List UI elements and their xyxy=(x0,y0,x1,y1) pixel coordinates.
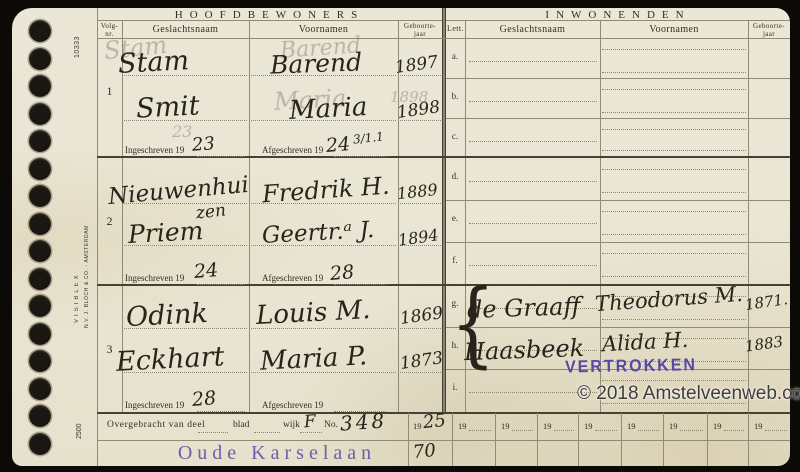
write-line xyxy=(602,112,746,113)
wijk-value-handwritten: F xyxy=(303,414,316,432)
photo-of-register-card: { "colors_note": "colors live in CSS var… xyxy=(0,0,800,472)
register-card: 10333 VISIBLEX N.V. J. BLOCH & CO. - AMS… xyxy=(12,8,790,466)
punch-hole xyxy=(29,378,51,400)
afgeschreven-label: Afgeschreven 19 xyxy=(262,273,323,283)
write-line xyxy=(469,430,491,431)
watermark: © 2018 Amstelveenweb.com xyxy=(577,383,800,405)
divider xyxy=(97,38,790,39)
year-cell-prefix: 19 xyxy=(584,421,593,431)
birthyear-handwritten: 1898 xyxy=(396,99,441,122)
surname-handwritten: de Graaff xyxy=(467,294,581,322)
punch-hole xyxy=(29,75,51,97)
firstnames-handwritten: Theodorus M. xyxy=(594,284,743,315)
ingeschreven-year-handwritten: 28 xyxy=(191,389,217,410)
house-number-handwritten: 70 xyxy=(412,442,437,462)
surname-handwritten: Eckhart xyxy=(115,343,225,376)
surname-handwritten: Odink xyxy=(125,300,208,331)
write-line xyxy=(197,411,245,412)
write-line xyxy=(765,430,787,431)
afgeschreven-year-handwritten: 28 xyxy=(329,263,355,284)
punch-hole xyxy=(29,405,51,427)
letter-label: c. xyxy=(446,131,464,141)
write-line xyxy=(602,129,746,130)
divider xyxy=(97,8,98,466)
ingeschreven-year-handwritten: 23 xyxy=(191,135,215,155)
no-value-handwritten: 348 xyxy=(339,410,387,433)
write-line xyxy=(602,276,746,277)
punch-hole xyxy=(29,213,51,235)
ingeschreven-label: Ingeschreven 19 xyxy=(125,145,184,155)
stock-number-vertical: 2500 xyxy=(76,403,83,439)
divider xyxy=(495,413,496,466)
write-line xyxy=(595,430,617,431)
write-line xyxy=(254,432,280,433)
punch-hole xyxy=(29,185,51,207)
afgeschreven-label: Afgeschreven 19 xyxy=(262,400,323,410)
year-cell-prefix: 19 xyxy=(754,421,763,431)
year-cell-prefix: 19 xyxy=(669,421,678,431)
column-header-voornamen-right: Voornamen xyxy=(600,24,748,35)
column-header-geboortejaar: Geboorte-jaar xyxy=(399,22,441,38)
year-cell-prefix: 19 xyxy=(713,421,722,431)
punch-hole xyxy=(29,268,51,290)
divider xyxy=(446,78,790,79)
ghost-ingeschreven-year: 23 xyxy=(172,124,192,140)
write-line xyxy=(469,265,597,266)
section-title-hoofdbewoners: HOOFDBEWONERS xyxy=(97,9,442,21)
divider xyxy=(97,440,790,441)
divider xyxy=(578,413,579,466)
write-line xyxy=(197,156,245,157)
year-cell-prefix: 19 xyxy=(543,421,552,431)
write-line xyxy=(680,430,703,431)
brand-address-vertical: N.V. J. BLOCH & CO. - AMSTERDAM xyxy=(84,168,90,328)
section-title-inwonenden: INWONENDEN xyxy=(446,9,790,21)
write-line xyxy=(197,284,245,285)
birthyear-handwritten: 1873 xyxy=(399,350,444,373)
write-line xyxy=(469,181,597,182)
firstnames-handwritten: Alida H. xyxy=(602,330,689,355)
punch-hole xyxy=(29,158,51,180)
write-line xyxy=(724,430,744,431)
year-cell-prefix: 19 xyxy=(458,421,467,431)
write-line xyxy=(602,89,746,90)
divider xyxy=(446,200,790,201)
year-cell-value-handwritten: 25 xyxy=(422,412,447,432)
volgnr-value: 2 xyxy=(97,214,122,229)
serial-number-vertical: 10333 xyxy=(74,12,81,58)
vertrokken-stamp: VERTROKKEN xyxy=(565,356,697,378)
write-line xyxy=(602,211,746,212)
afgeschreven-note-handwritten: 3/1.1 xyxy=(352,130,384,145)
write-line xyxy=(602,49,746,50)
letter-label: a. xyxy=(446,51,464,61)
write-line xyxy=(602,319,746,320)
punch-hole xyxy=(29,240,51,262)
street-name-stamp: Oude Karselaan xyxy=(152,442,402,465)
firstnames-handwritten: Maria xyxy=(288,94,368,124)
firstnames-handwritten: Geertr.ᵃ J. xyxy=(261,219,374,248)
divider xyxy=(446,242,790,243)
year-cell-prefix: 19 xyxy=(501,421,510,431)
birthyear-handwritten: 1897 xyxy=(394,54,439,77)
no-label: No. xyxy=(324,420,338,430)
divider xyxy=(446,327,790,328)
divider xyxy=(707,413,708,466)
column-header-voornamen: Voornamen xyxy=(249,24,398,35)
birthyear-handwritten: 1883 xyxy=(744,334,784,354)
write-line xyxy=(469,141,597,142)
column-header-geboortejaar-right: Geboorte-jaar xyxy=(749,22,789,38)
firstnames-handwritten: Fredrik H. xyxy=(261,174,390,207)
birthyear-handwritten: 1871. xyxy=(744,292,789,313)
write-line xyxy=(602,253,746,254)
write-line xyxy=(198,432,228,433)
year-cell-prefix: 19 xyxy=(413,421,422,431)
firstnames-handwritten: Barend xyxy=(270,49,363,77)
write-line xyxy=(602,192,746,193)
divider xyxy=(537,413,538,466)
write-line xyxy=(400,203,441,204)
ingeschreven-year-handwritten: 24 xyxy=(193,261,219,282)
divider xyxy=(408,413,409,466)
write-line xyxy=(602,72,746,73)
write-line xyxy=(602,380,746,381)
punch-hole xyxy=(29,323,51,345)
punch-hole xyxy=(29,433,51,455)
letter-label: i. xyxy=(446,382,464,392)
column-header-geslachtsnaam-right: Geslachtsnaam xyxy=(465,24,600,35)
year-cell-prefix: 19 xyxy=(627,421,636,431)
overgebracht-label: Overgebracht van deel xyxy=(107,420,205,430)
punch-hole xyxy=(29,350,51,372)
surname-handwritten: Smit xyxy=(135,92,200,122)
punch-hole xyxy=(29,130,51,152)
ingeschreven-label: Ingeschreven 19 xyxy=(125,273,184,283)
divider xyxy=(249,20,250,413)
firstnames-handwritten: Maria P. xyxy=(259,343,367,375)
birthyear-handwritten: 1869 xyxy=(399,305,444,328)
ingeschreven-label: Ingeschreven 19 xyxy=(125,400,184,410)
afgeschreven-year-handwritten: 24 xyxy=(325,135,351,156)
divider xyxy=(621,413,622,466)
wijk-label: wijk xyxy=(283,420,300,430)
divider xyxy=(663,413,664,466)
divider xyxy=(446,118,790,119)
divider xyxy=(748,413,749,466)
write-line xyxy=(638,430,659,431)
birthyear-handwritten: 1889 xyxy=(396,182,438,202)
write-line xyxy=(602,169,746,170)
write-line xyxy=(300,432,322,433)
surname-handwritten: Priem xyxy=(127,218,203,247)
punch-hole xyxy=(29,295,51,317)
punch-hole xyxy=(29,20,51,42)
volgnr-value: 1 xyxy=(97,84,122,99)
write-line xyxy=(469,101,597,102)
write-line xyxy=(602,150,746,151)
center-divider xyxy=(442,8,446,413)
firstnames-handwritten: Louis M. xyxy=(255,297,371,329)
column-header-lett: Lett. xyxy=(446,24,465,33)
write-line xyxy=(554,430,574,431)
write-line xyxy=(469,61,597,62)
write-line xyxy=(602,234,746,235)
divider xyxy=(452,413,453,466)
letter-label: b. xyxy=(446,91,464,101)
surname-handwritten: Stam xyxy=(117,47,189,78)
punch-hole xyxy=(29,48,51,70)
blad-label: blad xyxy=(233,420,249,430)
letter-label: d. xyxy=(446,171,464,181)
afgeschreven-label: Afgeschreven 19 xyxy=(262,145,323,155)
write-line xyxy=(469,223,597,224)
write-line xyxy=(334,284,386,285)
write-line xyxy=(334,156,386,157)
punch-hole xyxy=(29,103,51,125)
write-line xyxy=(512,430,533,431)
brand-name-vertical: VISIBLEX xyxy=(74,173,80,323)
letter-label: f. xyxy=(446,255,464,265)
letter-label: e. xyxy=(446,213,464,223)
